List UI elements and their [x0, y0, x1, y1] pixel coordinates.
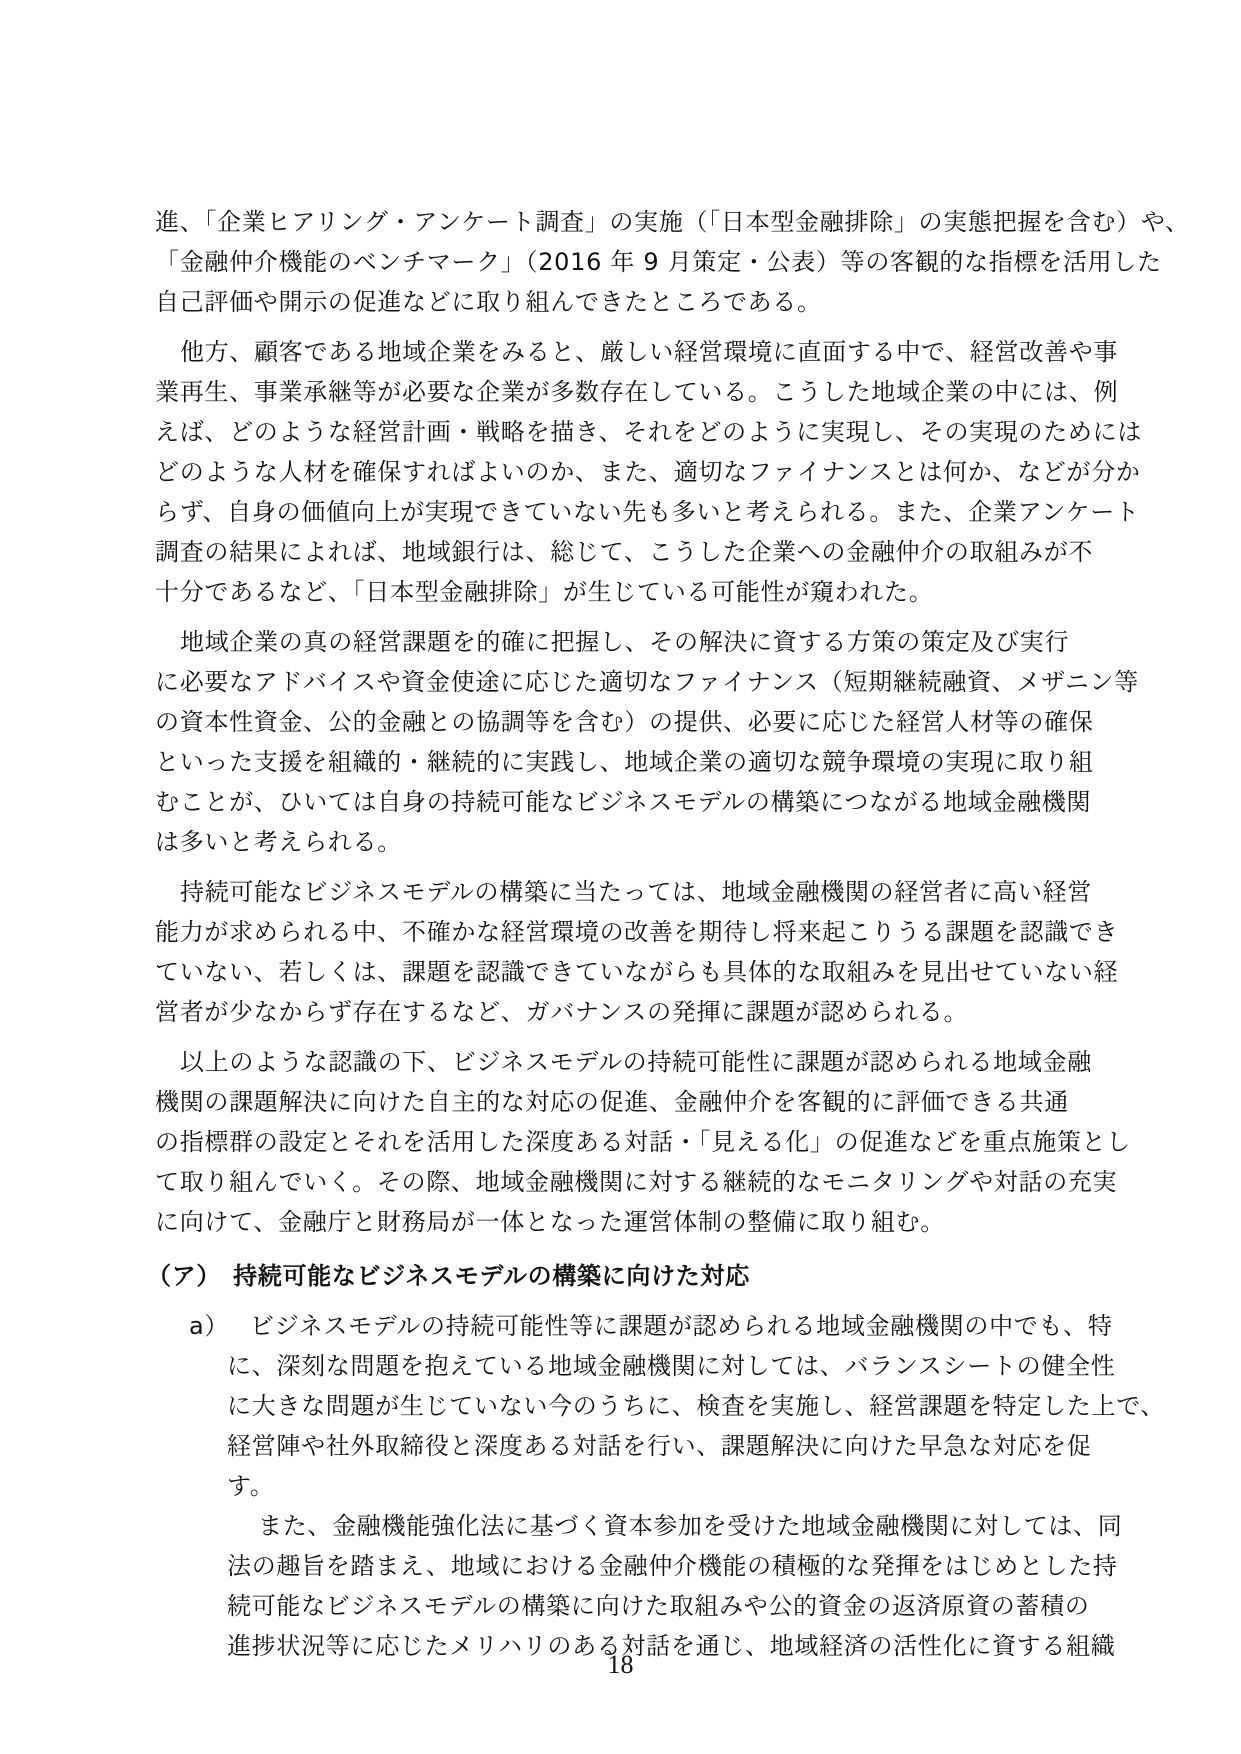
text-line: 調査の結果によれば、地域銀行は、総じて、こうした企業への金融仲介の取組みが不	[155, 532, 1100, 572]
section-heading: （ア）持続可能なビジネスモデルの構築に向けた対応	[147, 1256, 1100, 1296]
paragraph: 他方、顧客である地域企業をみると、厳しい経営環境に直面する中で、経営改善や事業再…	[155, 332, 1100, 612]
text-line: 以上のような認識の下、ビジネスモデルの持続可能性に課題が認められる地域金融	[155, 1042, 1100, 1082]
text-line: に、深刻な問題を抱えている地域金融機関に対しては、バランスシートの健全性	[227, 1346, 1100, 1386]
section-heading-line: （ア）持続可能なビジネスモデルの構築に向けた対応	[147, 1256, 1100, 1296]
section-heading-marker: （ア）	[147, 1256, 221, 1296]
text-line: 法の趣旨を踏まえ、地域における金融仲介機能の積極的な発揮をはじめとした持	[227, 1546, 1100, 1586]
text-line: に必要なアドバイスや資金使途に応じた適切なファイナンス（短期継続融資、メザニン等	[155, 662, 1100, 702]
list-item: a）ビジネスモデルの持続可能性等に課題が認められる地域金融機関の中でも、特に、深…	[227, 1306, 1100, 1666]
text-line: 十分であるなど、「日本型金融排除」が生じている可能性が窺われた。	[155, 572, 1100, 612]
list-item-block: ビジネスモデルの持続可能性等に課題が認められる地域金融機関の中でも、特に、深刻な…	[227, 1306, 1100, 1506]
text-line: 持続可能なビジネスモデルの構築に当たっては、地域金融機関の経営者に高い経営	[155, 872, 1100, 912]
text-line: 続可能なビジネスモデルの構築に向けた取組みや公的資金の返済原資の蓄積の	[227, 1586, 1100, 1626]
text-line: また、金融機能強化法に基づく資本参加を受けた地域金融機関に対しては、同	[227, 1506, 1100, 1546]
text-line: らず、自身の価値向上が実現できていない先も多いと考えられる。また、企業アンケート	[155, 492, 1100, 532]
text-line: 能力が求められる中、不確かな経営環境の改善を期待し将来起こりうる課題を認識でき	[155, 912, 1100, 952]
list-item-marker: a）	[189, 1306, 229, 1346]
text-line: 地域企業の真の経営課題を的確に把握し、その解決に資する方策の策定及び実行	[155, 622, 1100, 662]
text-line: す。	[227, 1466, 1100, 1506]
text-line: の指標群の設定とそれを活用した深度ある対話・「見える化」の促進などを重点施策とし	[155, 1122, 1100, 1162]
paragraph: 進、「企業ヒアリング・アンケート調査」の実施（「日本型金融排除」の実態把握を含む…	[155, 202, 1100, 322]
text-line: に大きな問題が生じていない今のうちに、検査を実施し、経営課題を特定した上で、	[227, 1386, 1100, 1426]
paragraph: 地域企業の真の経営課題を的確に把握し、その解決に資する方策の策定及び実行に必要な…	[155, 622, 1100, 862]
text-line: えば、どのような経営計画・戦略を描き、それをどのように実現し、その実現のためには	[155, 412, 1100, 452]
text-line: 業再生、事業承継等が必要な企業が多数存在している。こうした地域企業の中には、例	[155, 372, 1100, 412]
list-item-block: また、金融機能強化法に基づく資本参加を受けた地域金融機関に対しては、同法の趣旨を…	[227, 1506, 1100, 1666]
text-line: 自己評価や開示の促進などに取り組んできたところである。	[155, 282, 1100, 322]
text-line: て取り組んでいく。その際、地域金融機関に対する継続的なモニタリングや対話の充実	[155, 1162, 1100, 1202]
text-line: どのような人材を確保すればよいのか、また、適切なファイナンスとは何か、などが分か	[155, 452, 1100, 492]
text-line: 進、「企業ヒアリング・アンケート調査」の実施（「日本型金融排除」の実態把握を含む…	[155, 202, 1100, 242]
paragraph: 持続可能なビジネスモデルの構築に当たっては、地域金融機関の経営者に高い経営能力が…	[155, 872, 1100, 1032]
text-line: ていない、若しくは、課題を認識できていながらも具体的な取組みを見出せていない経	[155, 952, 1100, 992]
text-line: 営者が少なからず存在するなど、ガバナンスの発揮に課題が認められる。	[155, 992, 1100, 1032]
text-line: 経営陣や社外取締役と深度ある対話を行い、課題解決に向けた早急な対応を促	[227, 1426, 1100, 1466]
text-line: 他方、顧客である地域企業をみると、厳しい経営環境に直面する中で、経営改善や事	[155, 332, 1100, 372]
text-line: 機関の課題解決に向けた自主的な対応の促進、金融仲介を客観的に評価できる共通	[155, 1082, 1100, 1122]
text-line: ビジネスモデルの持続可能性等に課題が認められる地域金融機関の中でも、特	[227, 1306, 1100, 1346]
text-line: 「金融仲介機能のベンチマーク」（2016 年 9 月策定・公表）等の客観的な指標…	[155, 242, 1100, 282]
page-body: 進、「企業ヒアリング・アンケート調査」の実施（「日本型金融排除」の実態把握を含む…	[155, 202, 1100, 1666]
section-heading-text: 持続可能なビジネスモデルの構築に向けた対応	[233, 1262, 750, 1290]
paragraph: 以上のような認識の下、ビジネスモデルの持続可能性に課題が認められる地域金融機関の…	[155, 1042, 1100, 1242]
page-number: 18	[0, 1650, 1241, 1680]
text-line: といった支援を組織的・継続的に実践し、地域企業の適切な競争環境の実現に取り組	[155, 742, 1100, 782]
document-page: 進、「企業ヒアリング・アンケート調査」の実施（「日本型金融排除」の実態把握を含む…	[0, 0, 1241, 1754]
text-line: は多いと考えられる。	[155, 822, 1100, 862]
text-line: の資本性資金、公的金融との協調等を含む）の提供、必要に応じた経営人材等の確保	[155, 702, 1100, 742]
text-line: むことが、ひいては自身の持続可能なビジネスモデルの構築につながる地域金融機関	[155, 782, 1100, 822]
text-line: に向けて、金融庁と財務局が一体となった運営体制の整備に取り組む。	[155, 1202, 1100, 1242]
